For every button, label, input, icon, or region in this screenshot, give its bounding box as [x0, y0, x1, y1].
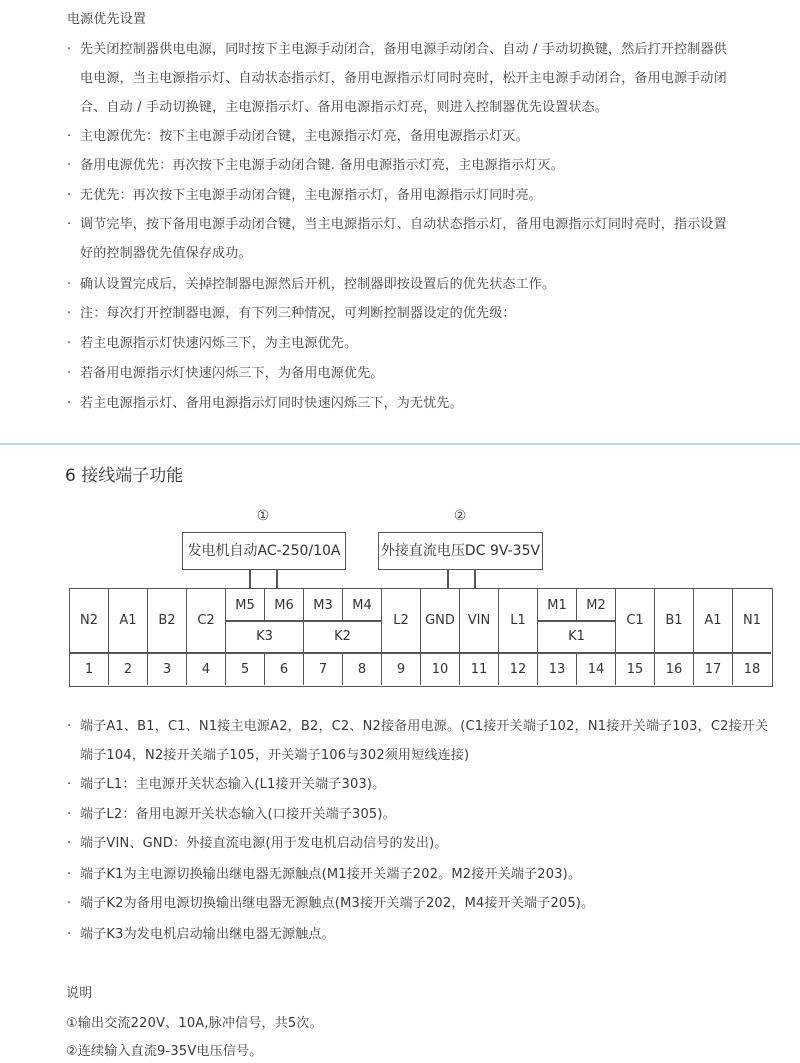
terminal-number: 7 [304, 653, 343, 685]
generator-auto-box: 发电机自动AC-250/10A [182, 532, 346, 570]
bullet-dot-icon: · [67, 719, 80, 735]
terminal-label: C2 [187, 589, 226, 652]
bullet-dot-icon: · [67, 217, 80, 233]
terminal-number: 5 [226, 653, 265, 685]
bullet-dot-icon: · [67, 396, 80, 412]
bullet-item: ·端子K3为发电机启动输出继电器无源触点。 [67, 927, 335, 943]
terminal-label: VIN [460, 589, 499, 652]
notes-heading: 说明 [66, 986, 92, 1002]
section-heading-power-priority: 电源优先设置 [67, 12, 146, 28]
bullet-item: ·端子VIN、GND：外接直流电源(用于发电机启动信号的发出)。 [67, 836, 448, 852]
terminal-number: 9 [382, 653, 421, 685]
relay-group-label: K1 [538, 621, 616, 652]
bullet-dot-icon: · [67, 336, 80, 352]
terminal-label: M3 [304, 589, 343, 621]
terminal-number: 10 [421, 653, 460, 685]
terminal-number: 17 [694, 653, 733, 685]
bullet-dot-icon: · [67, 836, 80, 852]
connector-line [249, 569, 251, 589]
bullet-item-continuation: 电电源，当主电源指示灯、自动状态指示灯，备用电源指示灯同时亮时，松开主电源手动闭… [80, 71, 727, 87]
terminal-number: 3 [148, 653, 187, 685]
terminal-label: N2 [70, 589, 109, 652]
relay-group-label: K2 [304, 621, 382, 652]
terminal-label: L2 [382, 589, 421, 652]
terminal-number: 16 [655, 653, 694, 685]
terminal-number: 8 [343, 653, 382, 685]
bullet-item: ·无优先：再次按下主电源手动闭合键，主电源指示灯，备用电源指示灯同时亮。 [67, 188, 542, 204]
terminal-label: M2 [577, 589, 616, 621]
terminal-number: 13 [538, 653, 577, 685]
bullet-dot-icon: · [67, 777, 80, 793]
connector-line [276, 569, 278, 589]
terminal-label: A1 [694, 589, 733, 652]
section-divider [0, 443, 800, 445]
bullet-item-continuation: 合、自动 / 手动切换键，主电源指示灯、备用电源指示灯亮，则进入控制器优先设置状… [80, 100, 608, 116]
terminal-label: M5 [226, 589, 265, 621]
bullet-dot-icon: · [67, 129, 80, 145]
bullet-dot-icon: · [67, 867, 80, 883]
bullet-item: ·主电源优先：按下主电源手动闭合键，主电源指示灯亮，备用电源指示灯灭。 [67, 129, 529, 145]
terminal-label: B2 [148, 589, 187, 652]
terminal-label: M6 [265, 589, 304, 621]
terminal-label: M1 [538, 589, 577, 621]
terminal-number: 14 [577, 653, 616, 685]
bullet-dot-icon: · [67, 306, 80, 322]
bullet-dot-icon: · [67, 277, 80, 293]
terminal-label: GND [421, 589, 460, 652]
connector-line [474, 569, 476, 589]
terminal-number: 18 [733, 653, 771, 685]
note-item: ①输出交流220V、10A,脉冲信号，共5次。 [66, 1016, 323, 1032]
marker-1: ① [253, 508, 273, 524]
bullet-item-continuation: 端子104，N2接开关端子105，开关端子106与302须用短线连接) [80, 748, 469, 764]
marker-2: ② [450, 508, 470, 524]
section-heading-terminals: 6 接线端子功能 [65, 466, 183, 486]
terminal-table: N2 A1 B2 C2 M5 M6 M3 M4 K3 K2 L2 GND VIN… [69, 588, 773, 687]
bullet-item: ·先关闭控制器供电电源，同时按下主电源手动闭合，备用电源手动闭合、自动 / 手动… [67, 42, 727, 58]
terminal-number: 1 [70, 653, 109, 685]
terminal-number: 4 [187, 653, 226, 685]
bullet-dot-icon: · [67, 158, 80, 174]
bullet-dot-icon: · [67, 366, 80, 382]
bullet-item: ·调节完毕，按下备用电源手动闭合键，当主电源指示灯、自动状态指示灯，备用电源指示… [67, 217, 727, 233]
terminal-label: B1 [655, 589, 694, 652]
bullet-item: ·若备用电源指示灯快速闪烁三下，为备用电源优先。 [67, 366, 384, 382]
cell-divider [538, 620, 616, 622]
bullet-item: ·端子K2为备用电源切换输出继电器无源触点(M3接开关端子202，M4接开关端子… [67, 896, 594, 912]
bullet-item-continuation: 好的控制器优先值保存成功。 [80, 246, 252, 262]
terminal-number: 12 [499, 653, 538, 685]
connector-line [447, 569, 449, 589]
bullet-dot-icon: · [67, 42, 80, 58]
bullet-dot-icon: · [67, 188, 80, 204]
terminal-number: 2 [109, 653, 148, 685]
bullet-dot-icon: · [67, 807, 80, 823]
bullet-item: ·端子L2：备用电源开关状态输入(口接开关端子305)。 [67, 807, 396, 823]
relay-group-label: K3 [226, 621, 304, 652]
bullet-item: ·端子A1、B1，C1、N1接主电源A2，B2，C2、N2接备用电源。(C1接开… [67, 719, 768, 735]
bullet-item: ·端子L1：主电源开关状态输入(L1接开关端子303)。 [67, 777, 385, 793]
bullet-item: ·注：每次打开控制器电源，有下列三种情况，可判断控制器设定的优先级： [67, 306, 516, 322]
bullet-dot-icon: · [67, 896, 80, 912]
terminal-label: A1 [109, 589, 148, 652]
bullet-dot-icon: · [67, 927, 80, 943]
terminal-number: 6 [265, 653, 304, 685]
terminal-label: C1 [616, 589, 655, 652]
terminal-number: 15 [616, 653, 655, 685]
note-item: ②连续输入直流9-35V电压信号。 [66, 1044, 262, 1060]
terminal-label: L1 [499, 589, 538, 652]
bullet-item: ·备用电源优先：再次按下主电源手动闭合键. 备用电源指示灯亮，主电源指示灯灭。 [67, 158, 564, 174]
bullet-item: ·确认设置完成后，关掉控制器电源然后开机，控制器即按设置后的优先状态工作。 [67, 277, 555, 293]
bullet-item: ·若主电源指示灯快速闪烁三下，为主电源优先。 [67, 336, 357, 352]
terminal-number: 11 [460, 653, 499, 685]
bullet-item: ·若主电源指示灯、备用电源指示灯同时快速闪烁三下，为无忧先。 [67, 396, 463, 412]
terminal-label: N1 [733, 589, 771, 652]
terminal-label: M4 [343, 589, 382, 621]
bullet-item: ·端子K1为主电源切换输出继电器无源触点(M1接开关端子202。M2接开关端子2… [67, 867, 581, 883]
external-dc-box: 外接直流电压DC 9V-35V [378, 532, 543, 570]
cell-divider [226, 620, 382, 622]
